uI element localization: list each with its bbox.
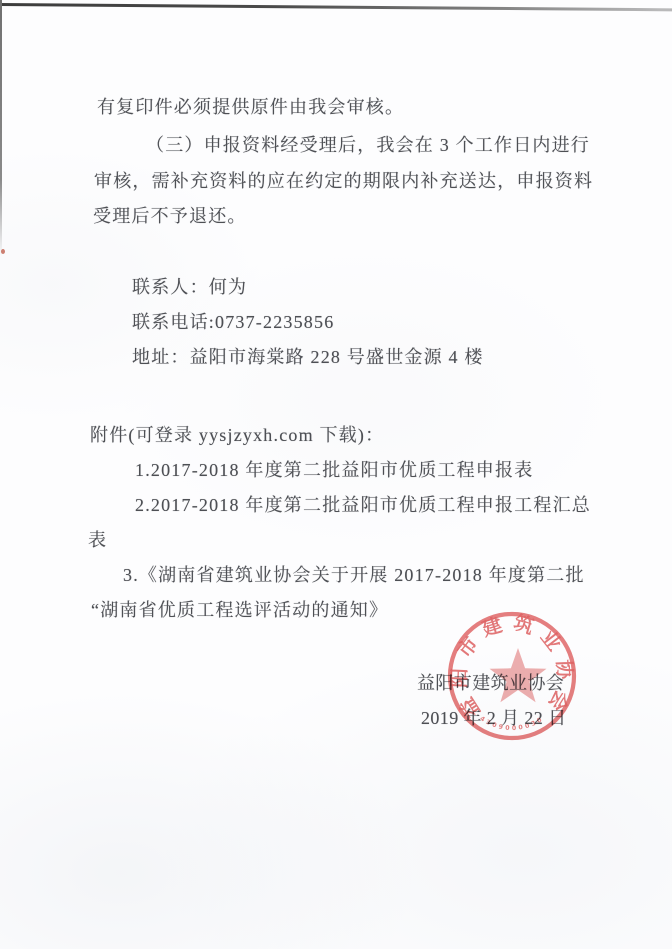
seal-serial-number: 4309000030 (479, 715, 546, 732)
seal-star-icon (490, 648, 547, 702)
attachment-item-continuation: “湖南省优质工程选评活动的通知》 (91, 599, 388, 621)
scan-edge-top (0, 3, 672, 11)
scan-edge-left (0, 0, 2, 256)
attachment-item: 1.2017-2018 年度第二批益阳市优质工程申报表 (135, 459, 533, 481)
contact-address: 地址：益阳市海棠路 228 号盛世金源 4 楼 (132, 346, 484, 368)
attachment-item-continuation: 表 (88, 529, 107, 551)
paragraph-line: 审核，需补充资料的应在约定的期限内补充送达，申报资料 (94, 170, 593, 192)
paragraph-line: （三）申报资料经受理后，我会在 3 个工作日内进行 (146, 134, 590, 156)
scanned-document-page: 有复印件必须提供原件由我会审核。 （三）申报资料经受理后，我会在 3 个工作日内… (0, 0, 672, 949)
official-seal: 益阳市建筑业协会 4309000030 (443, 607, 581, 745)
contact-phone: 联系电话:0737-2235856 (132, 311, 334, 333)
paragraph-line: 受理后不予退还。 (93, 205, 247, 227)
attachment-item: 3.《湖南省建筑业协会关于开展 2017-2018 年度第二批 (123, 564, 585, 586)
contact-person: 联系人：何为 (132, 276, 247, 298)
attachment-item: 2.2017-2018 年度第二批益阳市优质工程申报工程汇总 (135, 494, 591, 516)
svg-text:4309000030: 4309000030 (479, 715, 546, 732)
attachments-heading: 附件(可登录 yysjzyxh.com 下载)： (90, 424, 384, 446)
scan-artifact-dot (1, 249, 5, 254)
paragraph-line: 有复印件必须提供原件由我会审核。 (97, 96, 404, 118)
